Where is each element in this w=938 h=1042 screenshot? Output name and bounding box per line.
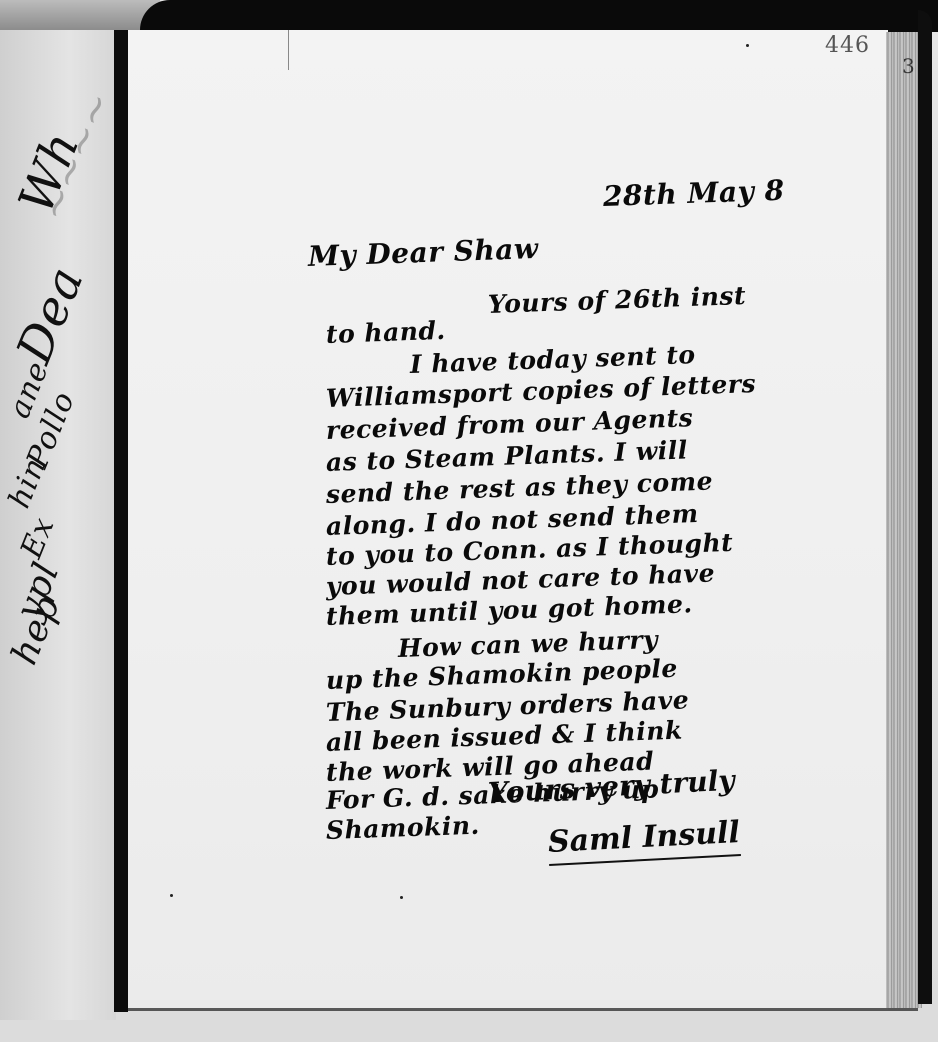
letter-page: 28th May 8 My Dear Shaw Yours of 26th in… bbox=[128, 30, 888, 1010]
book-gutter bbox=[114, 30, 128, 1012]
top-shadow bbox=[0, 0, 160, 30]
document-scan: ~~~~ Wh Dea ane Pollo hin Ex ypl hep 28t… bbox=[0, 0, 938, 1042]
facing-page-fragment: hin bbox=[2, 452, 54, 513]
handwritten-letter: 28th May 8 My Dear Shaw Yours of 26th in… bbox=[128, 30, 888, 1010]
facing-page-fragment: Dea bbox=[6, 259, 95, 371]
page-bottom-edge bbox=[128, 1008, 918, 1011]
tab-number: 3 bbox=[902, 54, 915, 78]
book-cover-edge bbox=[918, 10, 932, 1004]
letter-salutation: My Dear Shaw bbox=[307, 230, 539, 276]
letter-line: Shamokin. bbox=[325, 807, 480, 850]
letter-line: Yours of 26th inst bbox=[487, 277, 746, 324]
letter-date: 28th May 8 bbox=[602, 172, 785, 216]
facing-page-fragment: Ex bbox=[14, 512, 62, 563]
book-top-edge bbox=[140, 0, 938, 32]
page-stack-edges bbox=[886, 32, 922, 1008]
page-number: 446 bbox=[825, 33, 870, 58]
facing-page: ~~~~ Wh Dea ane Pollo hin Ex ypl hep bbox=[0, 30, 116, 1020]
